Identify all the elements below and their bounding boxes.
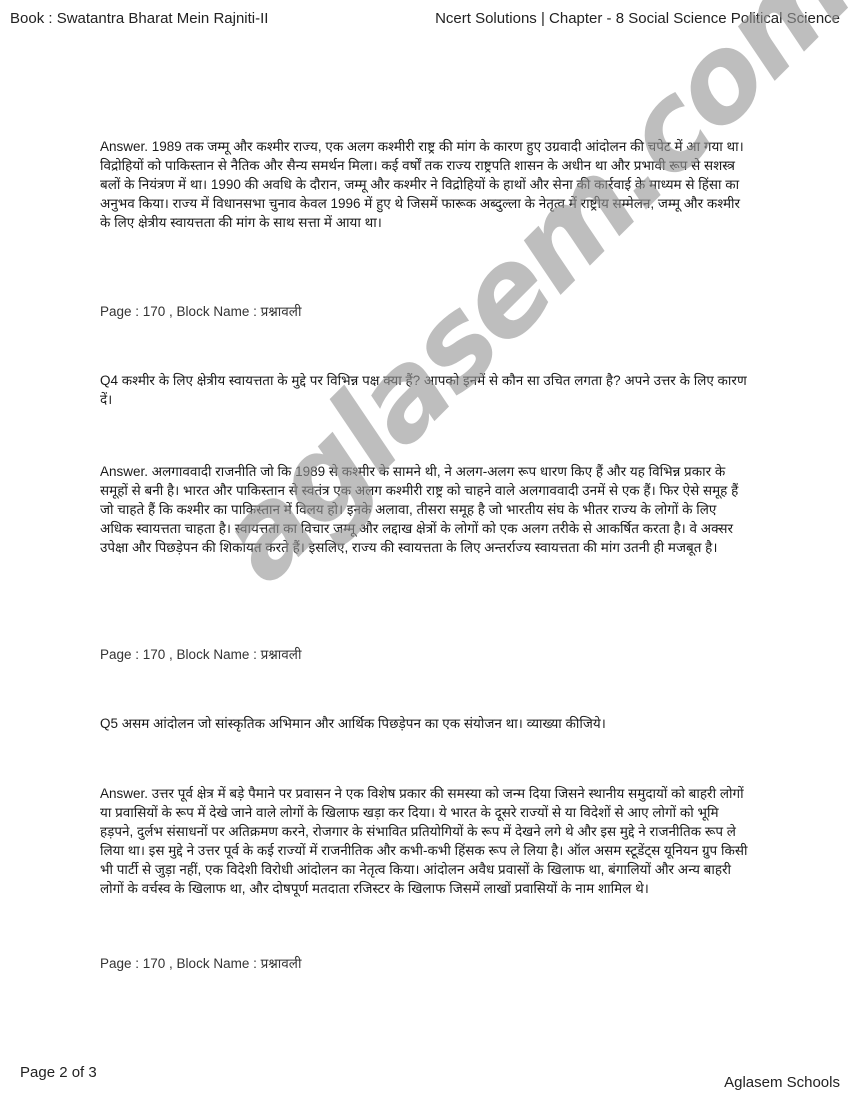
chapter-header: Ncert Solutions | Chapter - 8 Social Sci… <box>435 10 840 27</box>
answer-q4: Answer. अलगाववादी राजनीति जो कि 1989 से … <box>100 462 750 557</box>
page-block-meta-2: Page : 170 , Block Name : प्रश्नावली <box>100 645 301 663</box>
page-block-meta-1: Page : 170 , Block Name : प्रश्नावली <box>100 302 301 320</box>
answer-q5: Answer. उत्तर पूर्व क्षेत्र में बड़े पैम… <box>100 784 750 898</box>
brand-footer: Aglasem Schools <box>724 1074 840 1091</box>
page-block-meta-3: Page : 170 , Block Name : प्रश्नावली <box>100 954 301 972</box>
question-q4: Q4 कश्मीर के लिए क्षेत्रीय स्वायत्तता के… <box>100 371 750 409</box>
book-title-header: Book : Swatantra Bharat Mein Rajniti-II <box>10 10 268 27</box>
question-q5: Q5 असम आंदोलन जो सांस्कृतिक अभिमान और आर… <box>100 714 750 733</box>
page-indicator: Page 2 of 3 <box>20 1064 97 1081</box>
answer-q3: Answer. 1989 तक जम्मू और कश्मीर राज्य, ए… <box>100 137 750 232</box>
